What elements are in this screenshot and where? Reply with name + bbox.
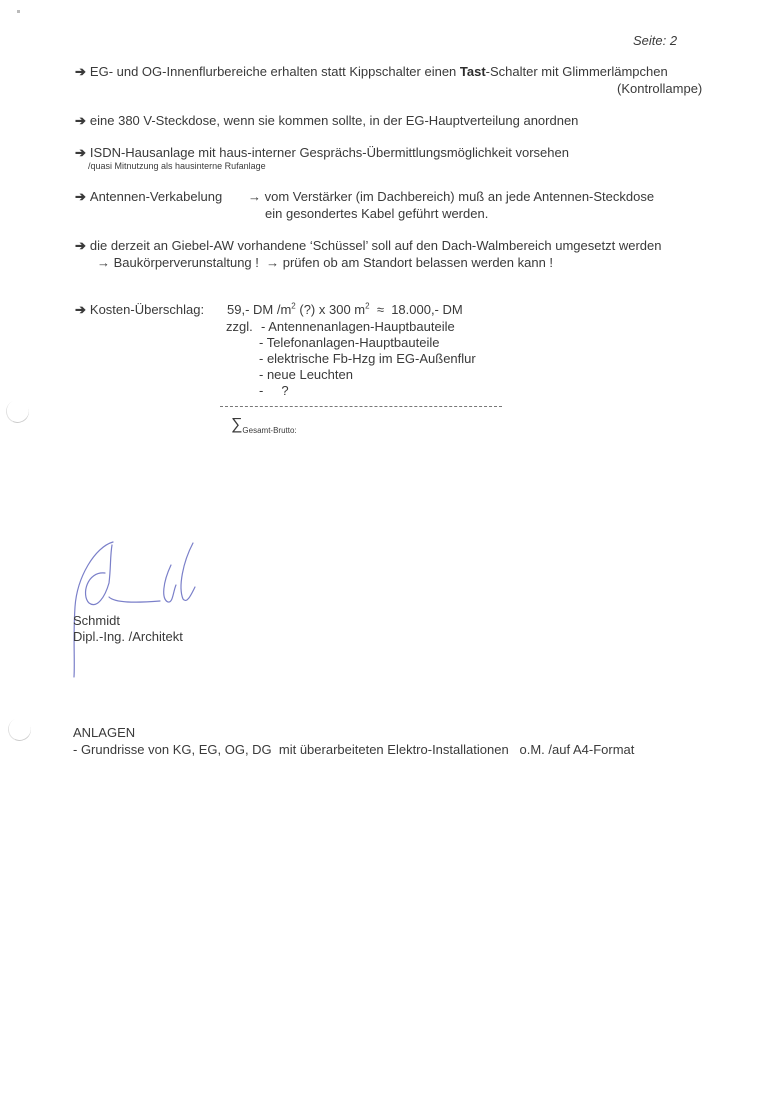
cost-extra: - neue Leuchten bbox=[259, 367, 353, 383]
cost-extra: - Antennenanlagen-Hauptbauteile bbox=[261, 319, 455, 335]
item-isdn-note: /quasi Mitnutzung als hausinterne Rufanl… bbox=[88, 161, 266, 172]
item-antennen-label: ➔Antennen-Verkabelung bbox=[75, 189, 222, 205]
item-steckdose: ➔eine 380 V-Steckdose, wenn sie kommen s… bbox=[75, 113, 578, 129]
cost-label: ➔Kosten-Überschlag: bbox=[75, 302, 204, 318]
arrow-icon: ➔ bbox=[75, 302, 86, 317]
item-antennen-text-2: ein gesondertes Kabel geführt werden. bbox=[265, 206, 488, 222]
signatory-title: Dipl.-Ing. /Architekt bbox=[73, 629, 183, 645]
arrow-icon: → bbox=[266, 255, 279, 270]
cost-formula: 59,- DM /m2 (?) x 300 m2 ≈ 18.000,- DM bbox=[227, 302, 463, 318]
scan-speck bbox=[17, 10, 20, 13]
arrow-icon: ➔ bbox=[75, 145, 86, 160]
item-isdn: ➔ISDN-Hausanlage mit haus-interner Gespr… bbox=[75, 145, 569, 161]
cost-plus-label: zzgl. bbox=[226, 319, 253, 335]
cost-extra: - elektrische Fb-Hzg im EG-Außenflur bbox=[259, 351, 476, 367]
handwritten-signature bbox=[65, 537, 205, 682]
sum-divider bbox=[220, 406, 502, 407]
bold-term: Tast bbox=[460, 64, 486, 79]
cost-extra: - ? bbox=[259, 383, 289, 399]
punch-hole-mark bbox=[5, 715, 34, 744]
attachment-item: - Grundrisse von KG, EG, OG, DG mit über… bbox=[73, 742, 634, 758]
sum-total: ∑Gesamt-Brutto: bbox=[231, 416, 297, 435]
document-page: Seite: 2 ➔EG- und OG-Innenflurbereiche e… bbox=[0, 0, 760, 1100]
cost-total: 18.000,- DM bbox=[391, 302, 463, 317]
page-number: Seite: 2 bbox=[633, 33, 677, 48]
approx-symbol: ≈ bbox=[377, 302, 384, 317]
attachments-heading: ANLAGEN bbox=[73, 725, 135, 741]
item-antennen-text: → vom Verstärker (im Dachbereich) muß an… bbox=[248, 189, 654, 205]
punch-hole-mark bbox=[3, 397, 32, 426]
arrow-icon: → bbox=[248, 189, 261, 204]
arrow-icon: ➔ bbox=[75, 238, 86, 253]
signatory-name: Schmidt bbox=[73, 613, 120, 629]
item-schuessel-note: → Baukörperverunstaltung ! → prüfen ob a… bbox=[97, 255, 553, 271]
arrow-icon: ➔ bbox=[75, 189, 86, 204]
cost-extra: - Telefonanlagen-Hauptbauteile bbox=[259, 335, 439, 351]
arrow-icon: → bbox=[97, 255, 110, 270]
arrow-icon: ➔ bbox=[75, 113, 86, 128]
sigma-icon: ∑ bbox=[231, 416, 242, 433]
item-schuessel: ➔die derzeit an Giebel-AW vorhandene ‘Sc… bbox=[75, 238, 661, 254]
item-tast-schalter: ➔EG- und OG-Innenflurbereiche erhalten s… bbox=[75, 64, 668, 80]
item-tast-schalter-note: (Kontrollampe) bbox=[617, 81, 702, 97]
arrow-icon: ➔ bbox=[75, 64, 86, 79]
